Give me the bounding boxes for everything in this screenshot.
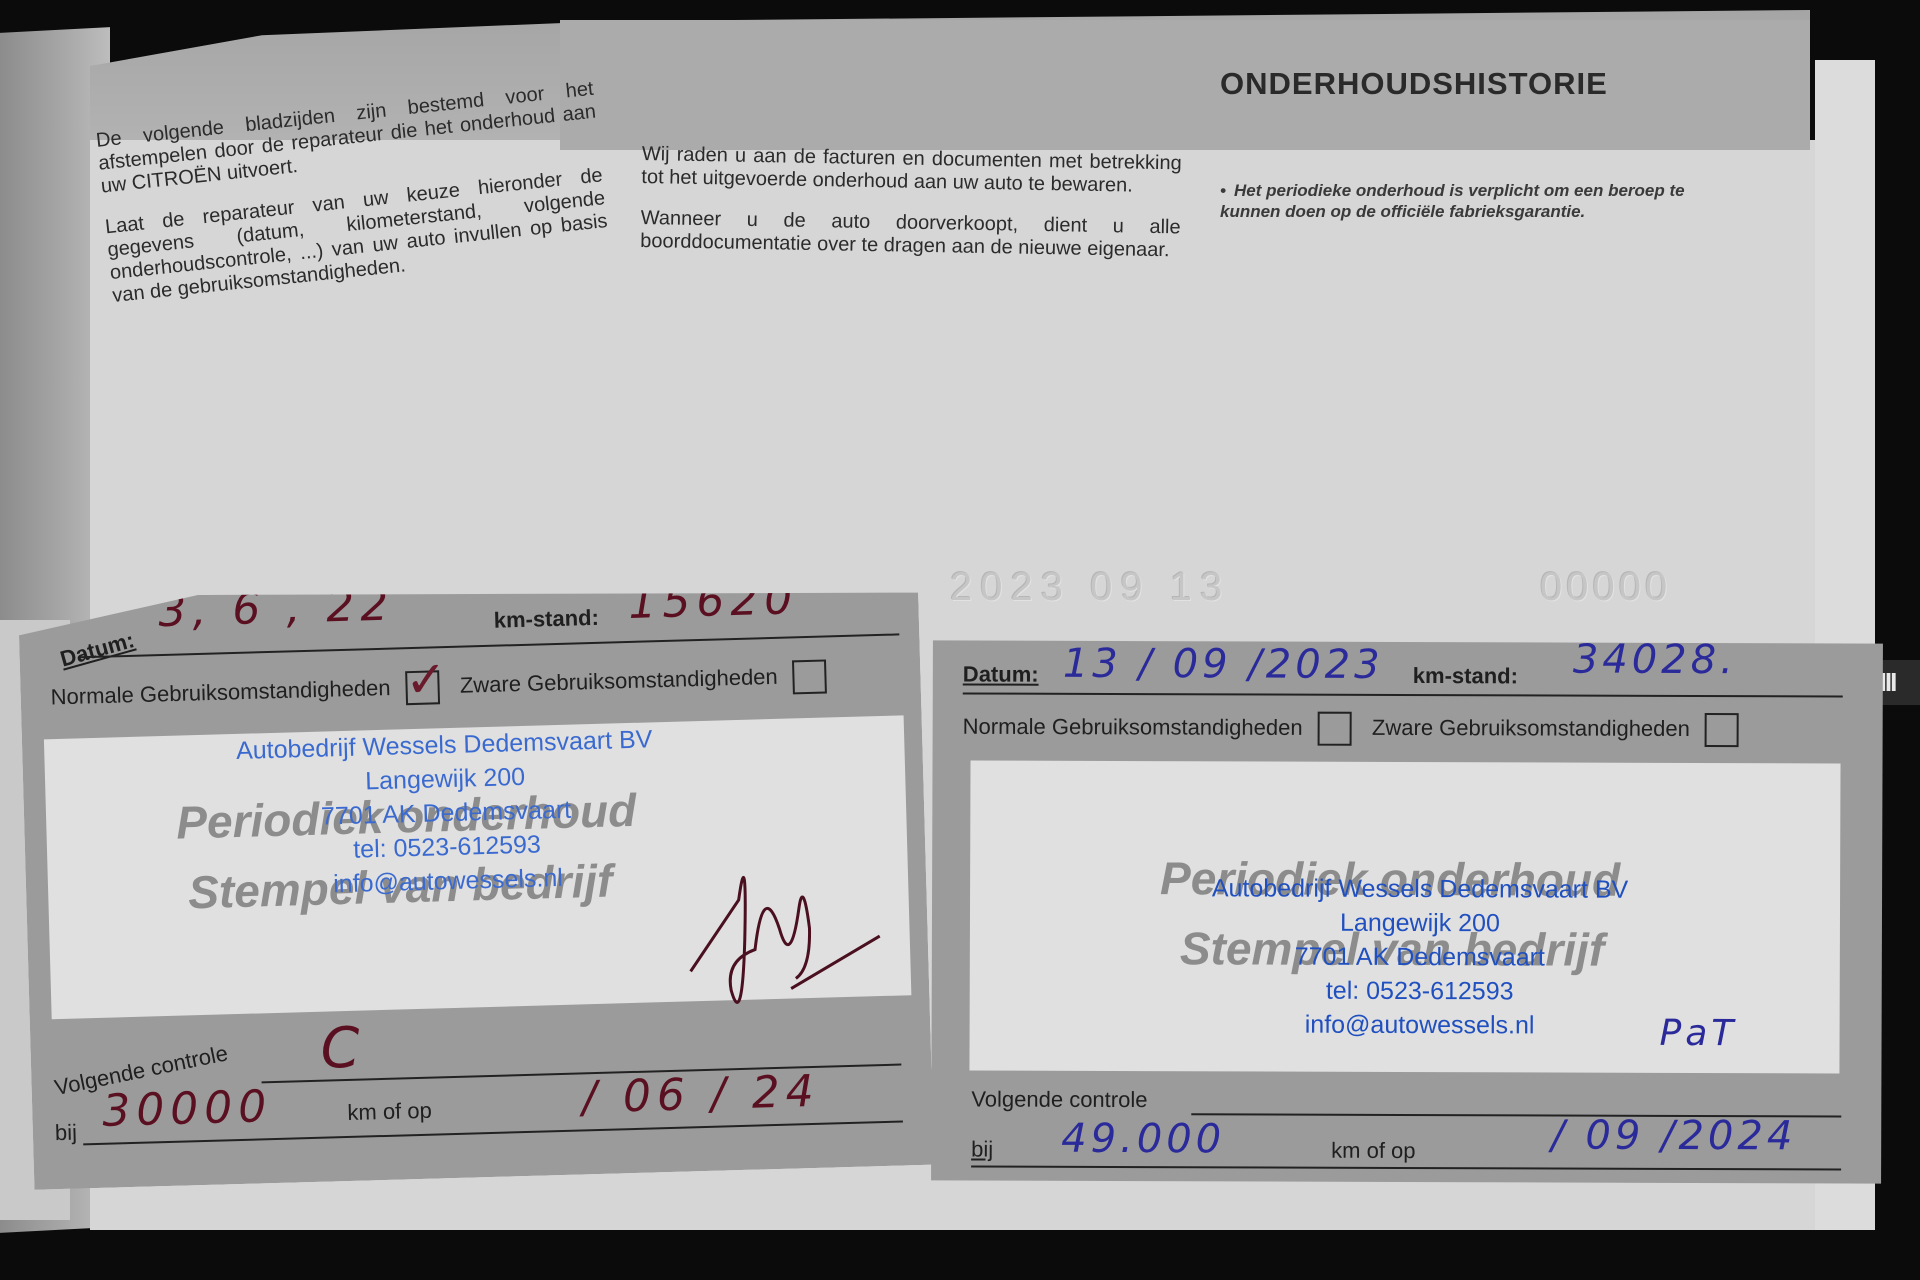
conditions-row: Normale Gebruiksomstandigheden ✓ Zware G… xyxy=(50,659,827,715)
normale-checkbox[interactable]: ✓ xyxy=(405,670,440,705)
embossed-impression: 2023 09 13 xyxy=(950,565,1230,610)
datum-value: 13 / 09 /2023 xyxy=(1063,641,1384,688)
km-stand-value: 34028. xyxy=(1573,637,1737,684)
datum-underline xyxy=(963,692,1843,697)
next-km-value: 30000 xyxy=(102,1081,273,1137)
volgende-controle-row: Volgende controle xyxy=(971,1085,1147,1114)
bij-label: bij xyxy=(971,1135,993,1163)
km-of-op-label: km of op xyxy=(347,1097,432,1127)
stamp-area: Periodiek onderhoud Stempel van bedrijf … xyxy=(44,715,911,1019)
bij-label: bij xyxy=(55,1119,78,1148)
warranty-note: Het periodieke onderhoud is verplicht om… xyxy=(1220,181,1685,221)
bullet-icon: • xyxy=(1220,180,1234,201)
section-title: ONDERHOUDSHISTORIE xyxy=(1220,66,1608,102)
checkmark-icon: ✓ xyxy=(404,650,448,709)
datum-label: Datum: xyxy=(963,660,1039,688)
signature-icon xyxy=(667,836,892,1022)
intro-column-2: Wij raden u aan de facturen en documente… xyxy=(640,143,1182,280)
dealer-stamp: Autobedrijf Wessels Dedemsvaart BV Lange… xyxy=(1180,871,1661,1043)
dealer-stamp: Autobedrijf Wessels Dedemsvaart BV Lange… xyxy=(194,721,699,905)
datum-label: Datum: xyxy=(57,627,137,672)
stamp-area: Periodiek onderhoud Stempel van bedrijf … xyxy=(969,760,1840,1073)
embossed-impression-km: 00000 xyxy=(1540,565,1671,610)
initials: PaT xyxy=(1660,1013,1738,1054)
datum-underline xyxy=(80,633,900,658)
zware-checkbox[interactable] xyxy=(792,659,827,694)
zware-checkbox[interactable] xyxy=(1705,713,1739,747)
datum-row: Datum: xyxy=(59,635,136,665)
next-km-value: 49.000 xyxy=(1061,1116,1225,1163)
extra-mark: C xyxy=(320,1015,367,1081)
conditions-row: Normale Gebruiksomstandigheden Zware Geb… xyxy=(963,710,1739,747)
km-of-op-label: km of op xyxy=(1331,1137,1415,1165)
km-stand-label: km-stand: xyxy=(493,604,599,635)
header-band xyxy=(560,20,1810,150)
next-date-value: / 09 /2024 xyxy=(1551,1113,1796,1160)
normale-checkbox[interactable] xyxy=(1317,712,1351,746)
bij-underline xyxy=(971,1165,1841,1170)
maintenance-entry-2: Datum: 13 / 09 /2023 km-stand: 34028. No… xyxy=(931,640,1883,1183)
next-date-value: / 06 / 24 xyxy=(581,1066,820,1124)
paragraph: Wij raden u aan de facturen en documente… xyxy=(641,143,1182,198)
maintenance-entry-1: Datum: 3, 6 , 22 km-stand: 15620 Normale… xyxy=(18,575,934,1190)
km-stand-label: km-stand: xyxy=(1413,662,1518,690)
paragraph: Wanneer u de auto doorverkoopt, dient u … xyxy=(640,207,1181,262)
intro-column-3: •Het periodieke onderhoud is verplicht o… xyxy=(1220,180,1740,222)
